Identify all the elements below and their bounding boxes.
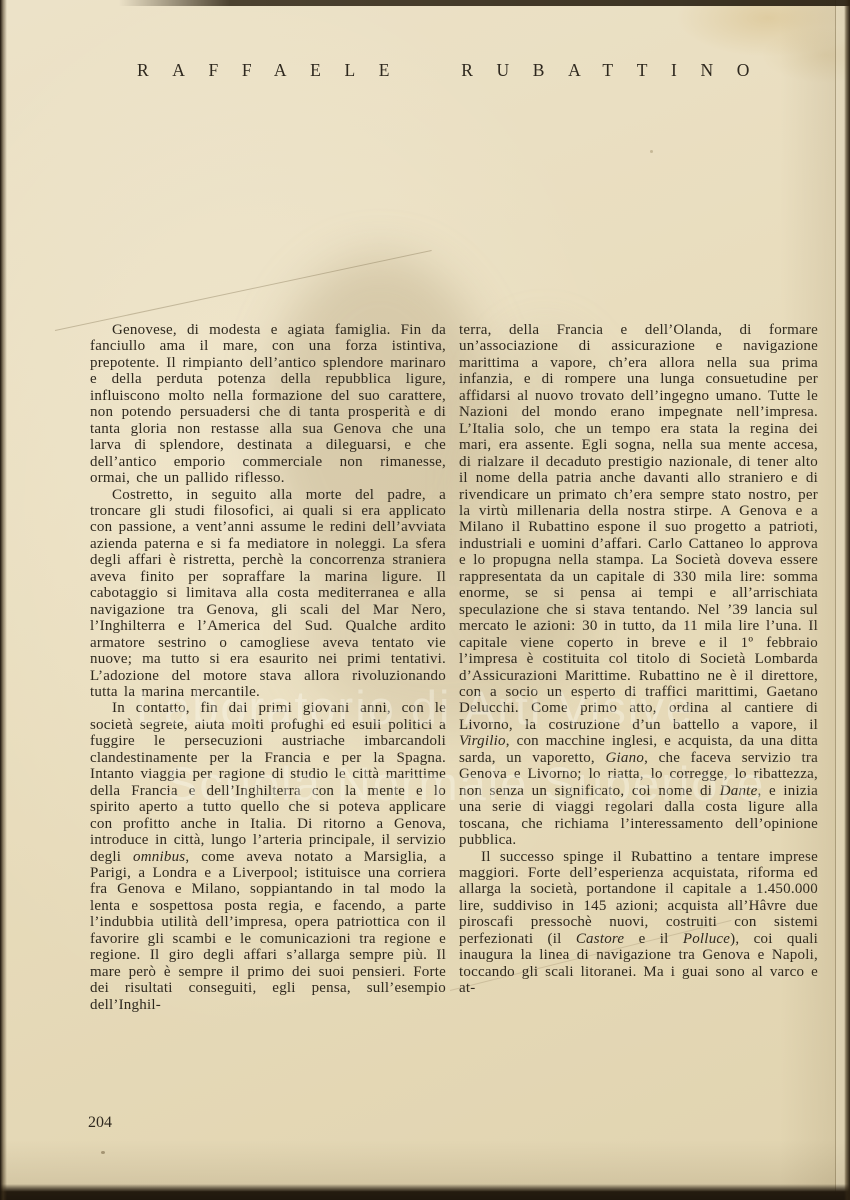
paragraph: Genovese, di modesta e agiata famiglia. … (90, 322, 446, 487)
page-edge-highlight (836, 0, 845, 1200)
paragraph: In contatto, fin dai primi giovani anni,… (90, 700, 446, 1013)
scan-edge-right (844, 0, 850, 1200)
left-text-column: Genovese, di modesta e agiata famiglia. … (90, 322, 446, 1013)
page-bottom-shadow (0, 1140, 850, 1190)
scan-edge-left (0, 0, 7, 1200)
running-head-title: RAFFAELE RUBATTINO (100, 60, 810, 81)
paragraph: Costretto, in seguito alla morte del pad… (90, 487, 446, 701)
paper-crease-line (55, 250, 432, 331)
right-text-column: terra, della Francia e dell’Olanda, di f… (459, 322, 818, 1013)
paper-speck (101, 1151, 105, 1154)
scan-edge-bottom (0, 1184, 850, 1200)
scanned-book-page: RAFFAELE RUBATTINO Genovese, di modesta … (0, 0, 850, 1200)
page-fold-line (835, 0, 836, 1200)
text-columns: Genovese, di modesta e agiata famiglia. … (90, 322, 818, 1013)
page-number: 204 (88, 1114, 112, 1132)
paragraph: terra, della Francia e dell’Olanda, di f… (459, 322, 818, 849)
paper-speck (650, 150, 653, 153)
paragraph: Il successo spinge il Rubattino a tentar… (459, 849, 818, 997)
scan-edge-top (0, 0, 850, 6)
